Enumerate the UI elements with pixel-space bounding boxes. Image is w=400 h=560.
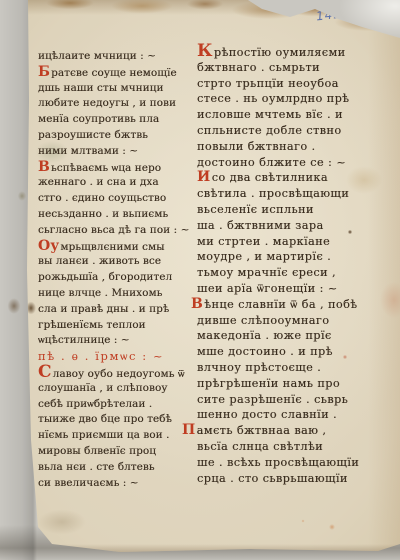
text-line: тьмоу мрачнїє єреси ,	[197, 265, 393, 281]
line-text: ьспѣваємь ѡца неро	[51, 162, 161, 174]
line-text: сите разрѣшенїє . сьврь	[197, 393, 348, 406]
text-line: вы ланєи . животь все	[38, 254, 194, 270]
text-line: разроушисте бжтвь	[38, 128, 194, 144]
text-line: стрто трьпцїи неоубоа	[197, 76, 393, 92]
line-text: исловше мчтемь вїє . и	[197, 108, 343, 121]
text-line: рожьдьшїа , бгородител	[38, 270, 194, 286]
text-line: достоино блжите се : ~	[197, 155, 393, 171]
text-line: мше достоино . и прѣ	[197, 344, 393, 360]
line-text: амєть бжтвнаа ваю ,	[197, 424, 327, 437]
line-text: лавоу оубо недоугомь ѿ	[53, 368, 185, 380]
rubric-initial: К	[197, 41, 213, 61]
text-line: стго . єдино соущьство	[38, 191, 194, 207]
text-line: себѣ приѡбрѣтелаи .	[38, 397, 194, 413]
line-text: грѣшенїємь теплои	[38, 319, 146, 331]
text-line: Славоу оубо недоугомь ѿ	[38, 365, 194, 381]
folio-number: 142	[315, 6, 342, 23]
text-line: ми стртеи . маркїане	[197, 234, 393, 250]
line-text: моудре , и мартирїє .	[197, 250, 331, 263]
rubric-initial: В	[191, 296, 203, 312]
text-column-right: Крѣпостїю оумиляємибжтвнаго . сьмрьтистр…	[197, 44, 393, 486]
text-line: дшь наши сты мчници	[38, 81, 194, 97]
line-text: мировы блвенїє проц	[38, 445, 156, 457]
line-text: разроушисте бжтвь	[38, 129, 148, 141]
line-text: нице влчце . Мнихомь	[38, 287, 162, 299]
line-text: шеи арїа ѿгонещїи : ~	[197, 282, 338, 295]
rubric-initial: Оу	[38, 238, 59, 254]
line-text: ицѣлаите мчници : ~	[38, 50, 156, 62]
text-line: шеи арїа ѿгонещїи : ~	[197, 281, 393, 297]
line-text: прѣгрѣшенїи намь про	[197, 377, 340, 390]
line-text: шенно досто славнїи .	[197, 408, 337, 421]
text-line: шенно досто славнїи .	[197, 407, 393, 423]
photo-background: 142 ицѣлаите мчници : ~Братєве соуще нем…	[0, 0, 400, 560]
line-text: сла и правѣ дны . и прѣ	[38, 303, 169, 315]
text-line: сьгласно вьса дѣ га пои : ~	[38, 223, 194, 239]
text-line: влчноу прѣстоєще .	[197, 360, 393, 376]
text-line: Оумрьщвлєними смы	[38, 239, 194, 255]
rubric-initial: В	[38, 159, 50, 175]
line-text: македонїа . юже прїє	[197, 329, 332, 342]
line-text: любите недоугы , и пови	[38, 97, 176, 109]
line-text: нїємь приємши ца вои .	[38, 429, 169, 441]
line-text: вы ланєи . животь все	[38, 255, 161, 267]
text-line: дивше слѣпооумнаго	[197, 313, 393, 329]
text-line: Памєть бжтвнаа ваю ,	[197, 423, 393, 439]
text-line: пѣ . ѳ . їрмѡс : ~	[38, 349, 194, 365]
line-text: ѣнце славнїи ѿ ба , побѣ	[204, 298, 357, 311]
text-line: спльнисте добле ствно	[197, 123, 393, 139]
line-text: несьзданно . и вьпиємь	[38, 208, 168, 220]
line-text: рѣпостїю оумиляєми	[214, 46, 346, 59]
text-line: нїємь приємши ца вои .	[38, 428, 194, 444]
line-text: спльнисте добле ствно	[197, 124, 342, 137]
line-text: достоино блжите се : ~	[197, 156, 346, 169]
line-text: ша . бжтвними зара	[197, 219, 324, 232]
text-line: вьсїа слнца свѣтлѣи	[197, 439, 393, 455]
line-text: повыли бжтвнаго .	[197, 140, 316, 153]
text-line: ше . всѣхь просвѣщающїи	[197, 455, 393, 471]
text-line: сла и правѣ дны . и прѣ	[38, 302, 194, 318]
line-text: ѡцѣстилнице : ~	[38, 334, 130, 346]
text-line: тыиже дво бце про тебѣ	[38, 412, 194, 428]
text-line: грѣшенїємь теплои	[38, 318, 194, 334]
line-text: себѣ приѡбрѣтелаи .	[38, 398, 152, 410]
text-line: прѣгрѣшенїи намь про	[197, 376, 393, 392]
text-line: исловше мчтемь вїє . и	[197, 107, 393, 123]
text-line: ицѣлаите мчници : ~	[38, 49, 194, 65]
line-text: стрто трьпцїи неоубоа	[197, 77, 339, 90]
line-text: дшь наши сты мчници	[38, 82, 163, 94]
rubric-initial: Б	[38, 64, 50, 80]
text-line: вьла нєи . сте блтевь	[38, 460, 194, 476]
text-line: македонїа . юже прїє	[197, 328, 393, 344]
text-line: вьселенїє испльни	[197, 202, 393, 218]
text-line: женнаго . и сна и дха	[38, 175, 194, 191]
line-text: слоушанїа , и слѣповоу	[38, 382, 168, 394]
text-line: Вѣнце славнїи ѿ ба , побѣ	[197, 297, 393, 313]
text-column-left: ицѣлаите мчници : ~Братєве соуще немощїе…	[38, 49, 194, 491]
line-text: мше достоино . и прѣ	[197, 345, 333, 358]
line-text: тыиже дво бце про тебѣ	[38, 413, 172, 425]
text-line: менїа соупротивь пла	[38, 112, 194, 128]
text-line: Крѣпостїю оумиляєми	[197, 44, 393, 60]
line-text: стесе . нь оумлрдно прѣ	[197, 92, 349, 105]
line-text: вьсїа слнца свѣтлѣи	[197, 440, 323, 453]
line-text: дивше слѣпооумнаго	[197, 314, 329, 327]
text-line: ѡцѣстилнице : ~	[38, 333, 194, 349]
line-text: пѣ . ѳ . їрмѡс : ~	[38, 349, 164, 363]
line-text: менїа соупротивь пла	[38, 113, 159, 125]
manuscript-page: 142 ицѣлаите мчници : ~Братєве соуще нем…	[0, 0, 400, 560]
line-text: си ввеличаємь : ~	[38, 477, 139, 489]
text-line: повыли бжтвнаго .	[197, 139, 393, 155]
text-line: си ввеличаємь : ~	[38, 476, 194, 492]
text-line: стесе . нь оумлрдно прѣ	[197, 91, 393, 107]
line-text: свѣтила . просвѣщающи	[197, 187, 349, 200]
text-line: Исо два свѣтилника	[197, 170, 393, 186]
text-line: Вьспѣваємь ѡца неро	[38, 160, 194, 176]
text-line: свѣтила . просвѣщающи	[197, 186, 393, 202]
line-text: бжтвнаго . сьмрьти	[197, 61, 320, 74]
text-line: бжтвнаго . сьмрьти	[197, 60, 393, 76]
text-line: мировы блвенїє проц	[38, 444, 194, 460]
text-line: сите разрѣшенїє . сьврь	[197, 392, 393, 408]
text-line: ними млтвами : ~	[38, 144, 194, 160]
line-text: вьселенїє испльни	[197, 203, 314, 216]
line-text: ратєве соуще немощїе	[51, 67, 177, 79]
rubric-initial: И	[197, 169, 211, 185]
text-line: нице влчце . Мнихомь	[38, 286, 194, 302]
text-line: любите недоугы , и пови	[38, 96, 194, 112]
line-text: тьмоу мрачнїє єреси ,	[197, 266, 336, 279]
line-text: женнаго . и сна и дха	[38, 176, 159, 188]
line-text: стго . єдино соущьство	[38, 192, 166, 204]
line-text: ше . всѣхь просвѣщающїи	[197, 456, 359, 469]
line-text: сьгласно вьса дѣ га пои : ~	[38, 224, 189, 236]
text-line: слоушанїа , и слѣповоу	[38, 381, 194, 397]
text-line: Братєве соуще немощїе	[38, 65, 194, 81]
text-line: срца . сто сьврьшающїи	[197, 471, 393, 487]
line-text: ними млтвами : ~	[38, 145, 138, 157]
line-text: ми стртеи . маркїане	[197, 235, 330, 248]
line-text: вьла нєи . сте блтевь	[38, 461, 155, 473]
line-text: рожьдьшїа , бгородител	[38, 271, 172, 283]
line-text: со два свѣтилника	[212, 171, 328, 184]
line-text: влчноу прѣстоєще .	[197, 361, 321, 374]
rubric-initial: С	[38, 362, 52, 382]
line-text: срца . сто сьврьшающїи	[197, 472, 348, 485]
rubric-initial: П	[182, 422, 196, 438]
line-text: мрьщвлєними смы	[60, 241, 164, 253]
text-line: ша . бжтвними зара	[197, 218, 393, 234]
text-line: моудре , и мартирїє .	[197, 249, 393, 265]
text-line: несьзданно . и вьпиємь	[38, 207, 194, 223]
